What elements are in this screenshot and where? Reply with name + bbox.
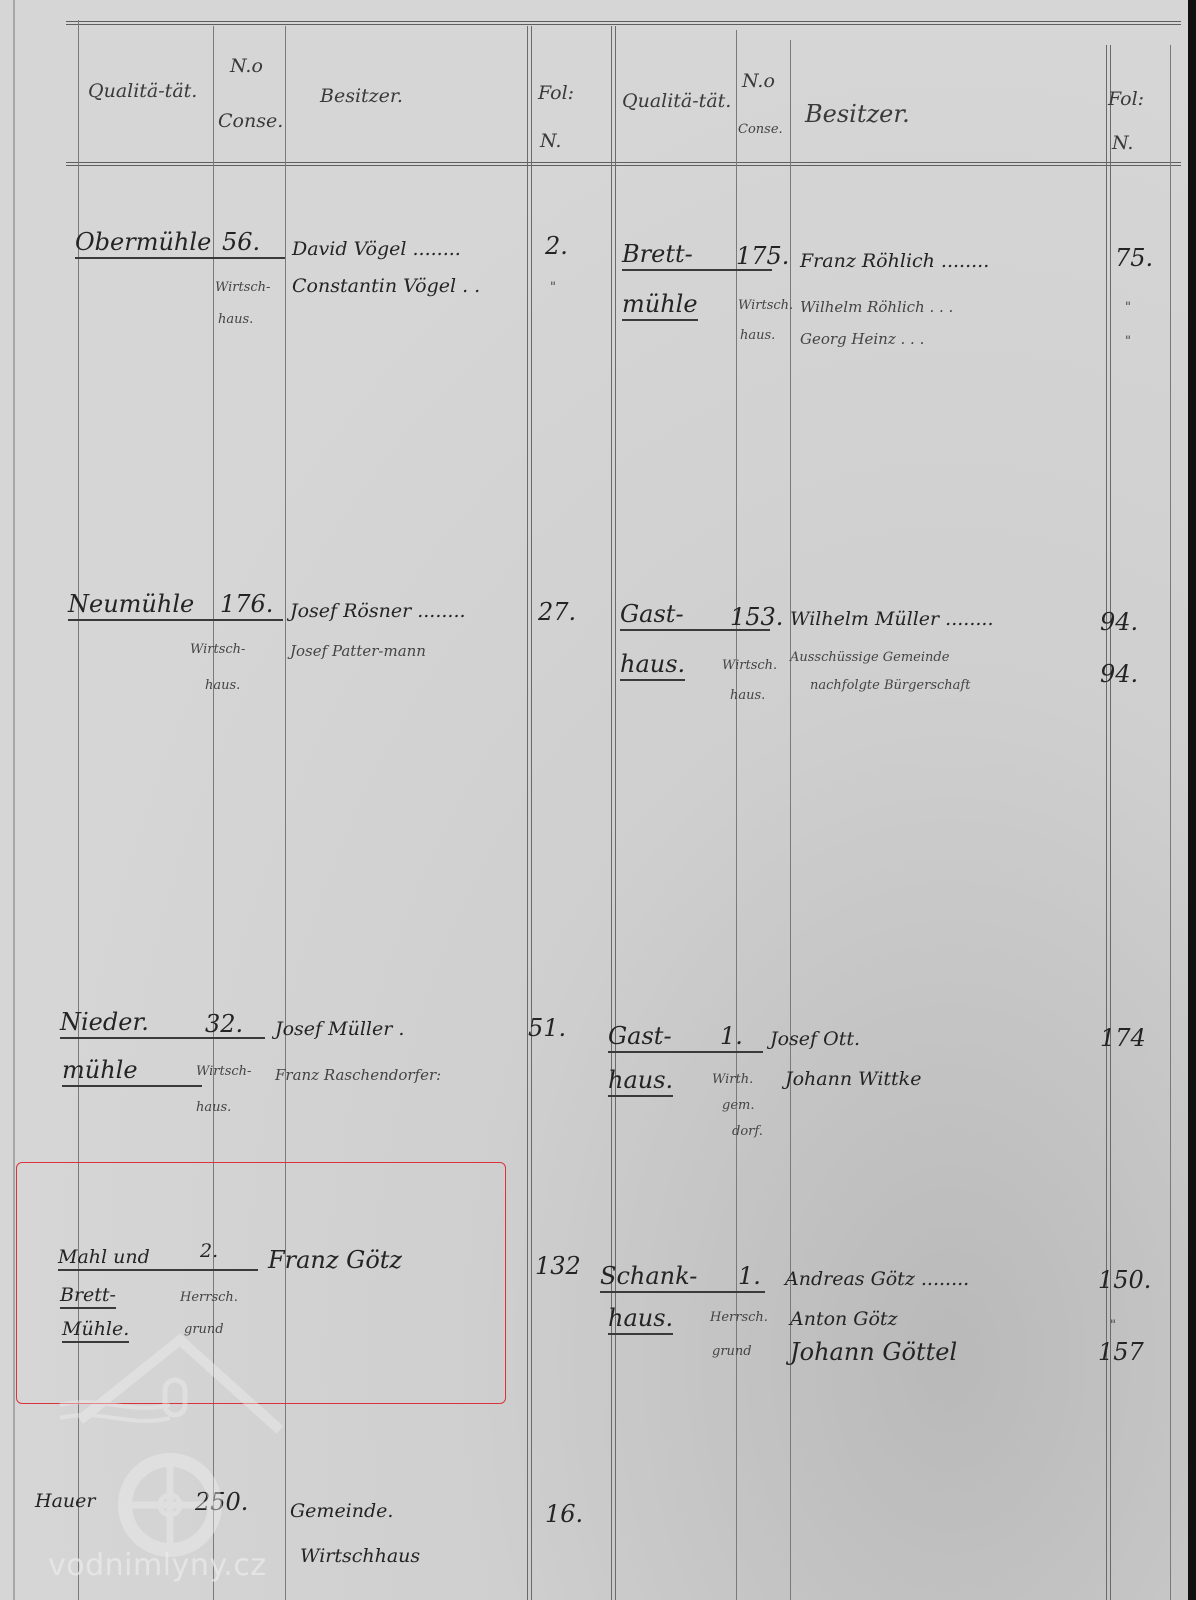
entry-type-note: gem.: [722, 1098, 754, 1113]
entry-folio: 51.: [528, 1014, 566, 1042]
entry-folio: 132: [535, 1252, 581, 1280]
entry-folio: 150.: [1098, 1266, 1151, 1294]
entry-number: 1.: [738, 1262, 761, 1290]
entry-category: haus.: [608, 1066, 673, 1097]
entry-type-note: grund: [712, 1344, 752, 1359]
scan-edge: [1188, 0, 1196, 1600]
entry-owner: nachfolgte Bürgerschaft: [810, 678, 970, 693]
entry-folio: 2.: [545, 232, 568, 260]
entry-folio: 75.: [1115, 244, 1153, 272]
entry-type-note: haus.: [196, 1100, 231, 1115]
col-rule-double: [611, 26, 616, 1600]
entry-owner: Andreas Götz ........: [785, 1268, 969, 1290]
entry-folio: 94.: [1100, 660, 1138, 688]
binding-fold-line: [13, 0, 15, 1600]
header-fol-left: Fol:: [538, 82, 574, 104]
col-rule-double: [527, 26, 532, 1600]
entry-number: 175.: [736, 242, 789, 270]
entry-owner: Constantin Vögel . .: [292, 275, 480, 297]
ledger-page: Qualitä-tät. N.o Conse. Besitzer. Fol: N…: [0, 0, 1188, 1600]
entry-type-note: Wirth.: [712, 1072, 753, 1087]
col-rule: [790, 40, 791, 1600]
entry-owner: Wirtschhaus: [300, 1545, 420, 1567]
watermark-text: vodnimlyny.cz: [48, 1548, 267, 1583]
header-n-left: N.: [540, 130, 561, 152]
entry-type-note: haus.: [205, 678, 240, 693]
entry-folio-ditto: ": [550, 280, 556, 295]
entry-owner: Ausschüssige Gemeinde: [790, 650, 949, 665]
header-conse-left: Conse.: [218, 110, 283, 132]
entry-category: mühle: [622, 290, 698, 321]
entry-type-note: Herrsch.: [710, 1310, 768, 1325]
entry-type-note: Wirtsch-: [215, 280, 270, 295]
entry-number: 1.: [720, 1022, 743, 1050]
entry-number: 153.: [730, 603, 783, 631]
entry-type-note: haus.: [730, 688, 765, 703]
entry-owner: Josef Rösner ........: [290, 600, 466, 622]
entry-owner: Josef Müller .: [275, 1018, 404, 1040]
col-rule-double: [1106, 45, 1111, 1600]
entry-folio: 27.: [538, 598, 576, 626]
entry-owner: Georg Heinz . . .: [800, 330, 924, 348]
entry-owner: Wilhelm Röhlich . . .: [800, 298, 953, 316]
entry-owner: Gemeinde.: [290, 1500, 393, 1522]
col-rule: [1170, 45, 1171, 1600]
header-n-right: N.: [1112, 132, 1133, 154]
entry-type-note: Wirtsch.: [722, 658, 777, 673]
entry-number: 56.: [222, 228, 260, 256]
entry-folio-ditto: ": [1110, 1318, 1116, 1333]
entry-folio: 174: [1100, 1024, 1146, 1052]
header-besitzer-left: Besitzer.: [320, 85, 403, 107]
entry-category: haus.: [608, 1304, 673, 1335]
entry-folio: 16.: [545, 1500, 583, 1528]
header-no-left: N.o: [230, 55, 263, 77]
entry-owner: Josef Ott.: [770, 1028, 860, 1050]
entry-owner: Josef Patter-mann: [290, 642, 426, 660]
header-besitzer-right: Besitzer.: [805, 100, 910, 128]
entry-folio: 157: [1098, 1338, 1144, 1366]
entry-number: 176.: [220, 590, 273, 618]
entry-owner: Anton Götz: [790, 1308, 898, 1330]
entry-owner: Johann Wittke: [785, 1068, 921, 1090]
header-fol-right: Fol:: [1108, 88, 1144, 110]
entry-folio-ditto: ": [1125, 334, 1131, 349]
entry-owner: Franz Röhlich ........: [800, 250, 989, 272]
entry-type-note: haus.: [218, 312, 253, 327]
header-qualitaet-left: Qualitä-tät.: [88, 80, 197, 102]
entry-owner: David Vögel ........: [292, 238, 461, 260]
header-conse-right: Conse.: [738, 122, 783, 137]
entry-owner: Franz Raschendorfer:: [275, 1066, 441, 1084]
entry-owner: Johann Göttel: [790, 1338, 957, 1366]
entry-type-note: Wirtsch-: [196, 1064, 251, 1079]
entry-owner: Wilhelm Müller ........: [790, 608, 994, 630]
entry-type-note: dorf.: [732, 1124, 763, 1139]
entry-folio: 94.: [1100, 608, 1138, 636]
header-bottom-rule: [66, 162, 1181, 166]
entry-type-note: haus.: [740, 328, 775, 343]
entry-folio-ditto: ": [1125, 300, 1131, 315]
entry-category: haus.: [620, 650, 685, 681]
entry-type-note: Wirtsch.: [738, 298, 793, 313]
entry-number: 32.: [205, 1010, 243, 1038]
entry-type-note: Wirtsch-: [190, 642, 245, 657]
header-no-right: N.o: [742, 70, 775, 92]
header-top-rule: [66, 21, 1181, 25]
header-qualitaet-right: Qualitä-tät.: [622, 90, 731, 112]
entry-category: mühle: [62, 1056, 202, 1087]
